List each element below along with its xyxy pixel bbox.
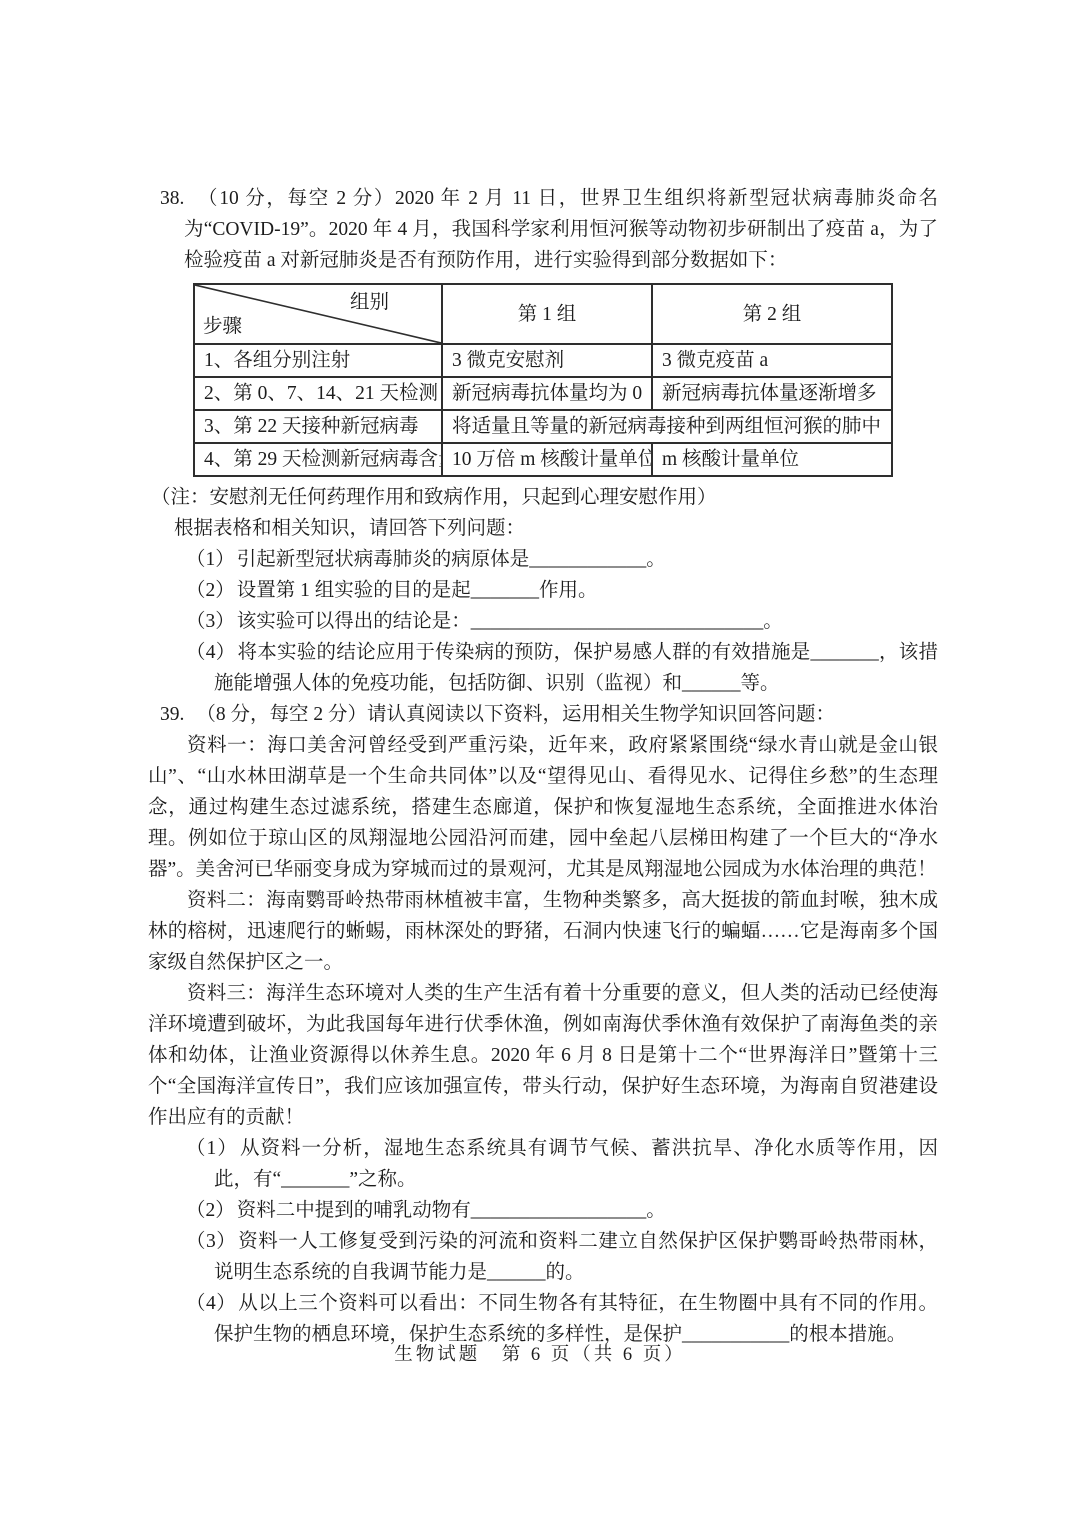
page-footer: 生物试题 第 6 页（共 6 页）	[0, 1340, 1080, 1366]
question-38-intro-text: （10 分，每空 2 分）2020 年 2 月 11 日，世界卫生组织将新型冠状…	[184, 188, 938, 271]
sub-text: 从资料一分析，湿地生态系统具有调节气候、蓄洪抗旱、净化水质等作用，因此，有“__…	[214, 1138, 938, 1190]
sub-text: 该实验可以得出的结论是：____________________________…	[237, 611, 783, 632]
question-39-sub-3: （3）资料一人工修复受到污染的河流和资料二建立自然保护区保护鹦哥岭热带雨林，说明…	[186, 1226, 938, 1288]
question-39: 39.（8 分，每空 2 分）请认真阅读以下资料，运用相关生物学知识回答问题： …	[148, 699, 938, 1350]
sub-text: 资料一人工修复受到污染的河流和资料二建立自然保护区保护鹦哥岭热带雨林，说明生态系…	[214, 1231, 938, 1283]
table-note: （注：安慰剂无任何药理作用和致病作用，只起到心理安慰作用）	[151, 482, 938, 513]
sub-marker: （4）	[186, 1293, 236, 1314]
sub-text: 将本实验的结论应用于传染病的预防，保护易感人群的有效措施是_______，该措施…	[214, 642, 938, 694]
question-39-intro: 39.（8 分，每空 2 分）请认真阅读以下资料，运用相关生物学知识回答问题：	[160, 699, 938, 730]
question-38-lead: 根据表格和相关知识，请回答下列问题：	[174, 513, 938, 544]
table-row: 4、第 29 天检测新冠病毒含量 10 万倍 m 核酸计量单位 m 核酸计量单位	[194, 443, 892, 476]
step-cell: 4、第 29 天检测新冠病毒含量	[194, 443, 442, 476]
sub-text: 资料二中提到的哺乳动物有__________________。	[237, 1200, 666, 1221]
sub-marker: （1）	[186, 549, 235, 570]
group-2-cell: 新冠病毒抗体量逐渐增多	[652, 377, 892, 410]
question-39-intro-text: （8 分，每空 2 分）请认真阅读以下资料，运用相关生物学知识回答问题：	[196, 704, 835, 725]
merged-cell: 将适量且等量的新冠病毒接种到两组恒河猴的肺中	[442, 410, 892, 443]
sub-marker: （3）	[186, 1231, 236, 1252]
sub-marker: （4）	[186, 642, 236, 663]
group-2-header: 第 2 组	[652, 284, 892, 344]
question-38-sub-3: （3）该实验可以得出的结论是：_________________________…	[186, 606, 938, 637]
question-38-intro: 38.（10 分，每空 2 分）2020 年 2 月 11 日，世界卫生组织将新…	[160, 183, 938, 276]
sub-marker: （2）	[186, 580, 235, 601]
corner-group-label: 组别	[350, 288, 389, 317]
sub-text: 引起新型冠状病毒肺炎的病原体是____________。	[237, 549, 666, 570]
group-2-cell: 3 微克疫苗 a	[652, 344, 892, 377]
material-2: 资料二：海南鹦哥岭热带雨林植被丰富，生物种类繁多，高大挺拔的箭血封喉，独木成林的…	[148, 885, 938, 978]
group-2-cell: m 核酸计量单位	[652, 443, 892, 476]
sub-text: 从以上三个资料可以看出：不同生物各有其特征，在生物圈中具有不同的作用。保护生物的…	[214, 1293, 938, 1345]
table-header-row: 组别 步骤 第 1 组 第 2 组	[194, 284, 892, 344]
group-1-cell: 3 微克安慰剂	[442, 344, 652, 377]
table-row: 3、第 22 天接种新冠病毒 将适量且等量的新冠病毒接种到两组恒河猴的肺中	[194, 410, 892, 443]
table-corner-cell: 组别 步骤	[194, 284, 442, 344]
table-row: 2、第 0、7、14、21 天检测 新冠病毒抗体量均为 0 新冠病毒抗体量逐渐增…	[194, 377, 892, 410]
exam-page: 38.（10 分，每空 2 分）2020 年 2 月 11 日，世界卫生组织将新…	[0, 0, 1080, 1527]
question-39-sub-1: （1）从资料一分析，湿地生态系统具有调节气候、蓄洪抗旱、净化水质等作用，因此，有…	[186, 1133, 938, 1195]
question-38-sub-1: （1）引起新型冠状病毒肺炎的病原体是____________。	[186, 544, 938, 575]
sub-text: 设置第 1 组实验的目的是起_______作用。	[237, 580, 598, 601]
group-1-cell: 10 万倍 m 核酸计量单位	[442, 443, 652, 476]
question-39-number: 39.	[160, 704, 184, 725]
material-1: 资料一：海口美舍河曾经受到严重污染，近年来，政府紧紧围绕“绿水青山就是金山银山”…	[148, 730, 938, 885]
step-cell: 3、第 22 天接种新冠病毒	[194, 410, 442, 443]
group-1-header: 第 1 组	[442, 284, 652, 344]
table-row: 1、各组分别注射 3 微克安慰剂 3 微克疫苗 a	[194, 344, 892, 377]
corner-step-label: 步骤	[203, 312, 242, 341]
sub-marker: （2）	[186, 1200, 235, 1221]
question-38-number: 38.	[160, 188, 184, 209]
question-38-sub-4: （4）将本实验的结论应用于传染病的预防，保护易感人群的有效措施是_______，…	[186, 637, 938, 699]
step-cell: 2、第 0、7、14、21 天检测	[194, 377, 442, 410]
question-39-sub-2: （2）资料二中提到的哺乳动物有__________________。	[186, 1195, 938, 1226]
experiment-table: 组别 步骤 第 1 组 第 2 组 1、各组分别注射 3 微克安慰剂 3 微克疫…	[193, 283, 893, 477]
group-1-cell: 新冠病毒抗体量均为 0	[442, 377, 652, 410]
material-3: 资料三：海洋生态环境对人类的生产生活有着十分重要的意义，但人类的活动已经使海洋环…	[148, 978, 938, 1133]
question-38-sub-2: （2）设置第 1 组实验的目的是起_______作用。	[186, 575, 938, 606]
sub-marker: （3）	[186, 611, 235, 632]
sub-marker: （1）	[186, 1138, 238, 1159]
question-38: 38.（10 分，每空 2 分）2020 年 2 月 11 日，世界卫生组织将新…	[148, 183, 938, 699]
step-cell: 1、各组分别注射	[194, 344, 442, 377]
